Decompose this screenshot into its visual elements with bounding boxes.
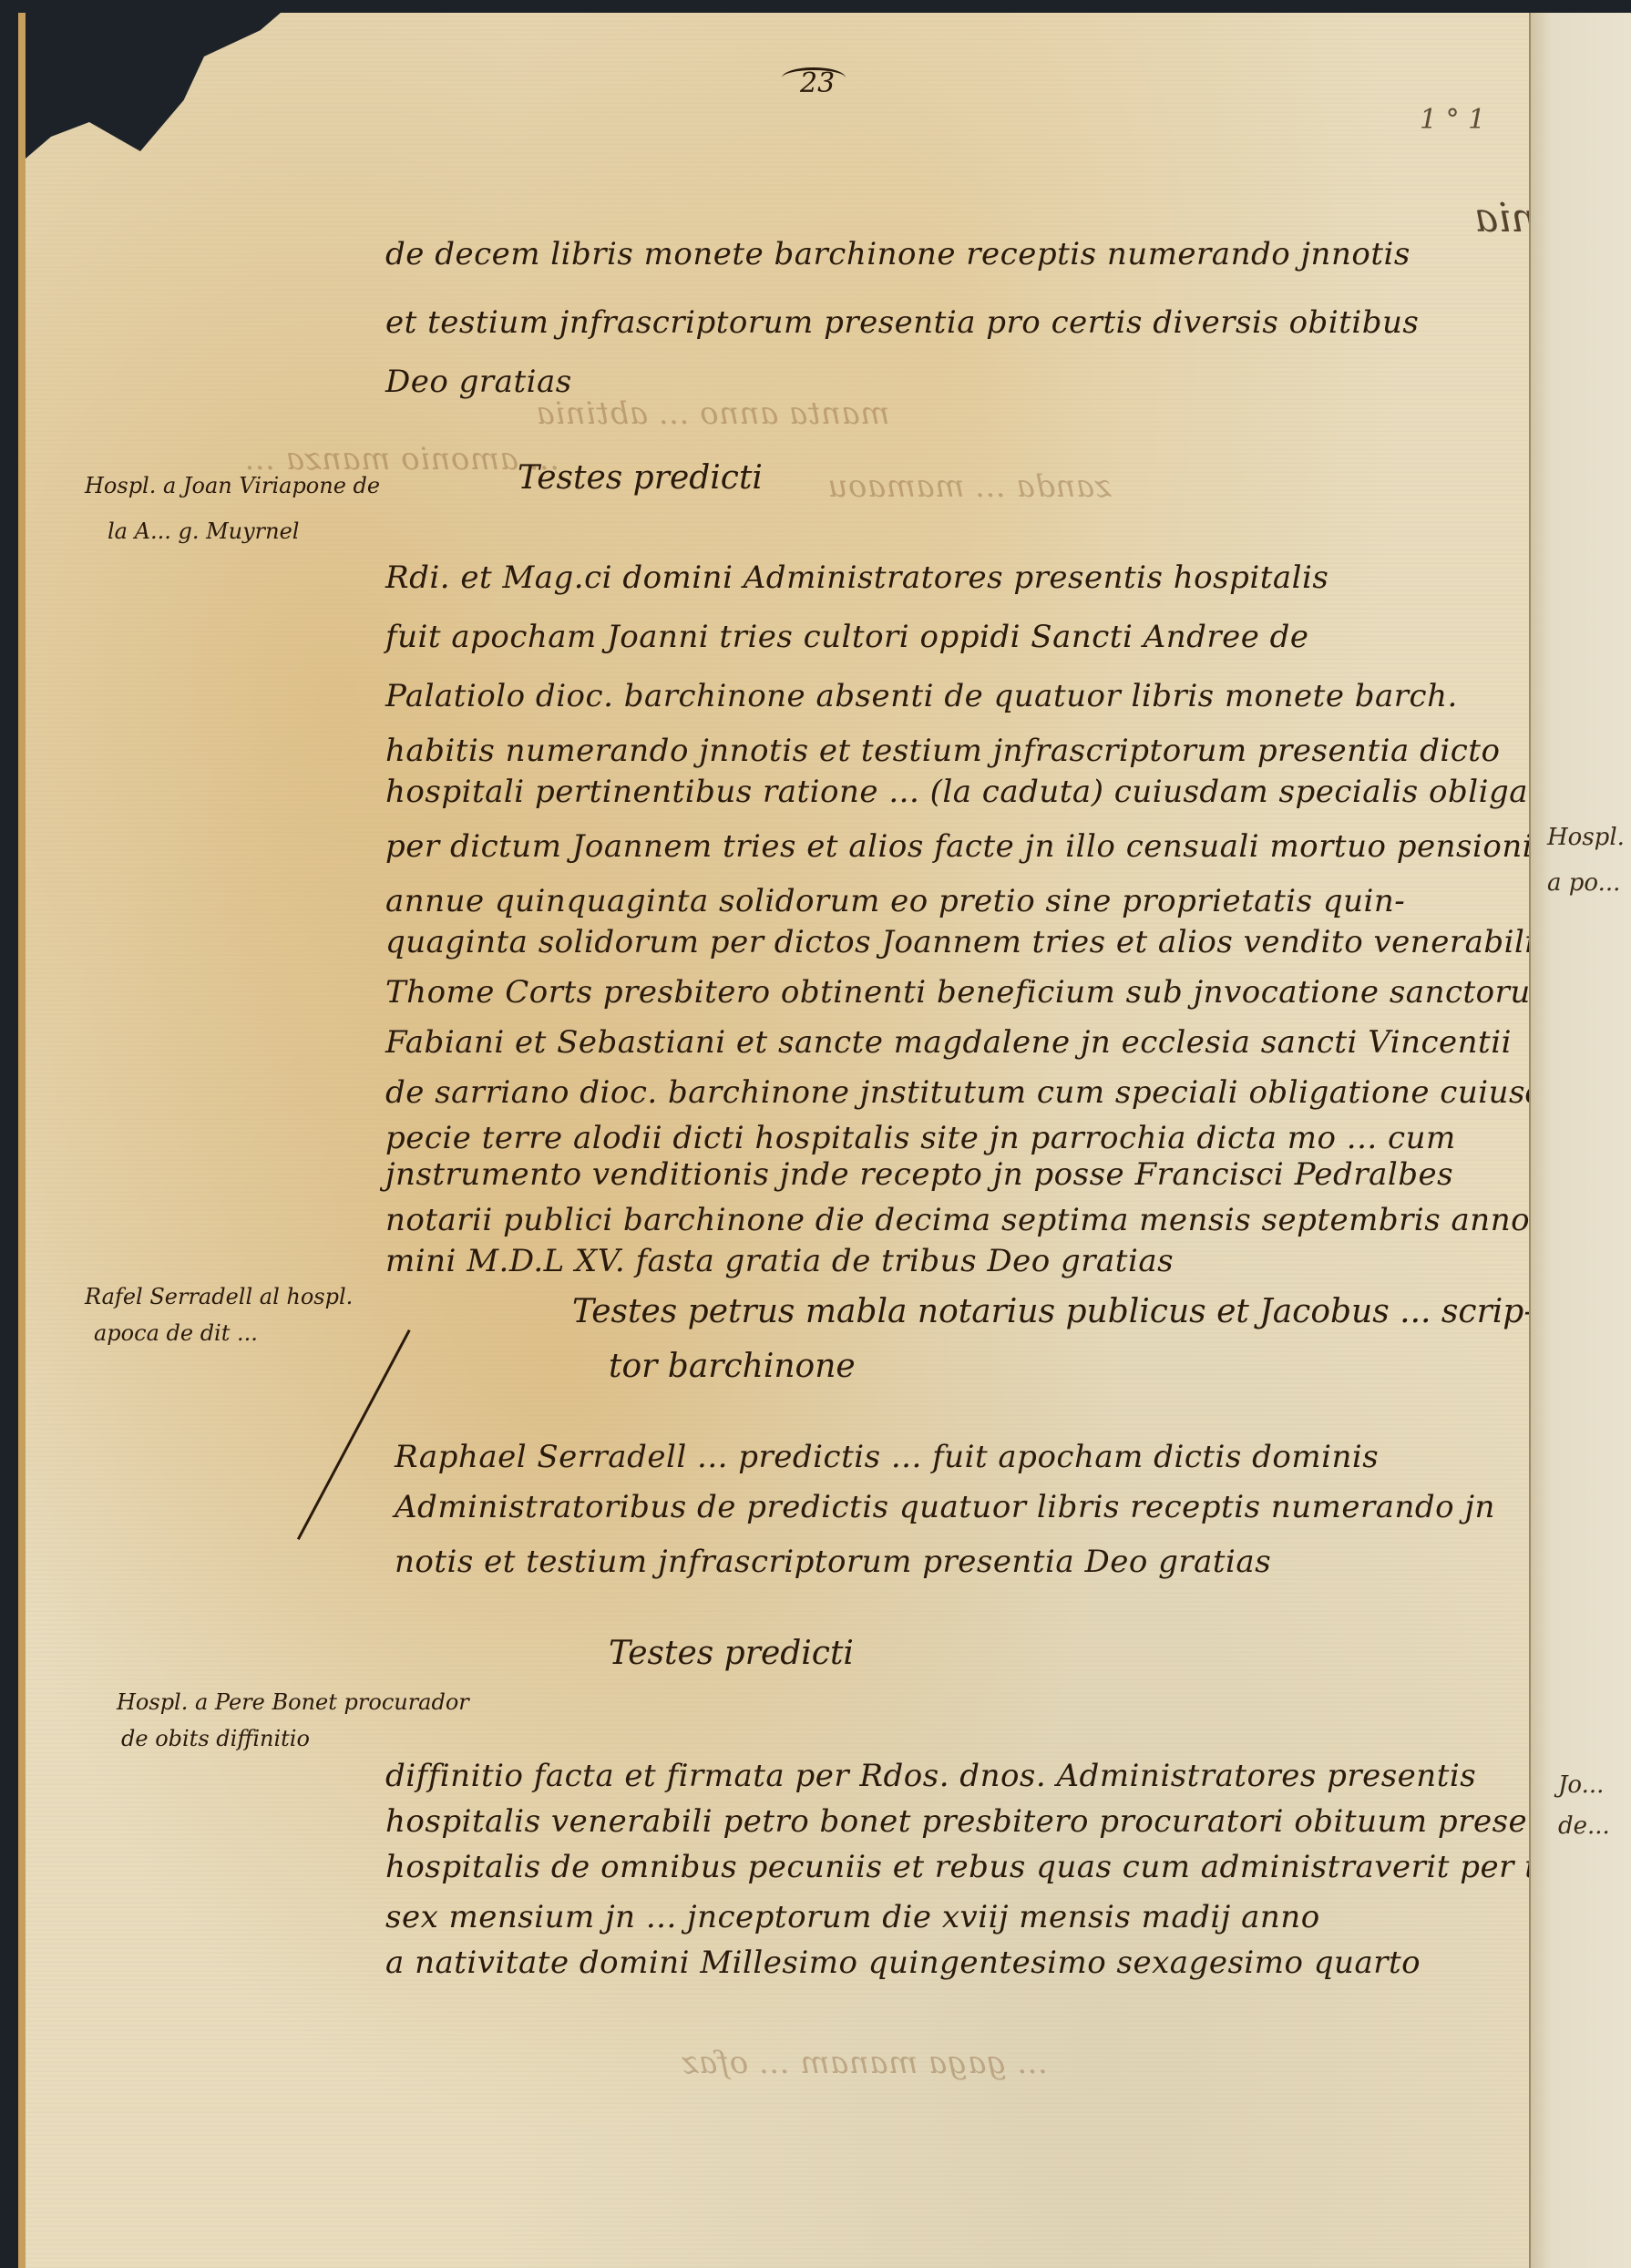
- adjacent-page-edge: Hospl. a po... Jo... de...: [1529, 13, 1631, 2268]
- entry-4-line: hospitalis venerabili petro bonet presbi…: [385, 1803, 1587, 1840]
- entry-4-line: diffinitio facta et firmata per Rdos. dn…: [385, 1758, 1476, 1794]
- entry-2-line: notarii publici barchinone die decima se…: [385, 1202, 1631, 1238]
- entry-3-line: notis et testium jnfrascriptorum present…: [395, 1544, 1271, 1580]
- entry-2-line: Palatiolo dioc. barchinone absenti de qu…: [385, 678, 1458, 714]
- entry-1-line: de decem libris monete barchinone recept…: [385, 236, 1410, 272]
- entry-4-line: sex mensium jn ... jnceptorum die xviij …: [385, 1899, 1320, 1935]
- leaf-note: Jo...: [1558, 1771, 1604, 1799]
- entry-2-margin-note: la A... g. Muyrnel: [108, 518, 299, 544]
- entry-2-line: Rdi. et Mag.ci domini Administratores pr…: [385, 559, 1328, 596]
- entry-2-line: quaginta solidorum per dictos Joannem tr…: [385, 924, 1535, 960]
- entry-4-margin-note: Hospl. a Pere Bonet procurador: [117, 1689, 469, 1715]
- entry-2-line: jnstrumento venditionis jnde recepto jn …: [385, 1156, 1453, 1193]
- entry-3-margin-note: apoca de dit ...: [94, 1320, 258, 1346]
- entry-4-line: hospitalis de omnibus pecuniis et rebus …: [385, 1849, 1631, 1885]
- entry-2-line: habitis numerando jnnotis et testium jnf…: [385, 733, 1500, 769]
- bleed-through-text: ... gaga manam ... ofaz: [682, 2045, 1048, 2081]
- entry-2-line: annue quinquaginta solidorum eo pretio s…: [385, 883, 1405, 919]
- manuscript-page: 23 1 ° 1 Colonia manta anno ... abtinia …: [18, 13, 1556, 2268]
- top-right-marks: 1 ° 1: [1420, 104, 1485, 136]
- entry-2-rubric: Testes predicti: [518, 459, 763, 497]
- entry-3-rubric-cont: tor barchinone: [609, 1348, 856, 1385]
- entry-2-line: per dictum Joannem tries et alios facte …: [385, 828, 1549, 865]
- entry-2-margin-note: Hospl. a Joan Viriapone de: [85, 473, 380, 498]
- entry-3-margin-note: Rafel Serradell al hospl.: [85, 1284, 353, 1309]
- leaf-note: de...: [1558, 1812, 1610, 1840]
- torn-corner: [26, 13, 281, 159]
- entry-3-rubric: Testes petrus mabla notarius publicus et…: [572, 1293, 1535, 1330]
- entry-3-line: Raphael Serradell ... predictis ... fuit…: [395, 1439, 1379, 1475]
- entry-4-rubric: Testes predicti: [609, 1635, 854, 1672]
- folio-number: 23: [800, 67, 835, 99]
- entry-4-line: a nativitate domini Millesimo quingentes…: [385, 1945, 1421, 1981]
- entry-1-line: Deo gratias: [385, 364, 572, 400]
- entry-2-line: de sarriano dioc. barchinone jnstitutum …: [385, 1074, 1595, 1111]
- bleed-through-text: zanda ... mamaou: [827, 468, 1112, 505]
- cancel-stroke: [297, 1329, 411, 1540]
- leaf-note: Hospl.: [1547, 824, 1625, 851]
- bleed-through-text: ... amonio manza ...: [244, 441, 559, 477]
- entry-2-line: Fabiani et Sebastiani et sancte magdalen…: [385, 1024, 1512, 1061]
- entry-1-line: et testium jnfrascriptorum presentia pro…: [385, 304, 1419, 341]
- entry-2-line: pecie terre alodii dicti hospitalis site…: [385, 1120, 1456, 1156]
- entry-3-line: Administratoribus de predictis quatuor l…: [395, 1489, 1495, 1525]
- leaf-note: a po...: [1547, 869, 1620, 897]
- entry-2-line: Thome Corts presbitero obtinenti benefic…: [385, 974, 1561, 1011]
- bleed-through-text: manta anno ... abtinia: [536, 395, 889, 432]
- entry-2-line: hospitali pertinentibus ratione ... (la …: [385, 774, 1617, 810]
- entry-4-margin-note: de obits diffinitio: [121, 1726, 310, 1751]
- entry-2-line: mini M.D.L XV. fasta gratia de tribus De…: [385, 1243, 1174, 1279]
- entry-2-line: fuit apocham Joanni tries cultori oppidi…: [385, 619, 1309, 655]
